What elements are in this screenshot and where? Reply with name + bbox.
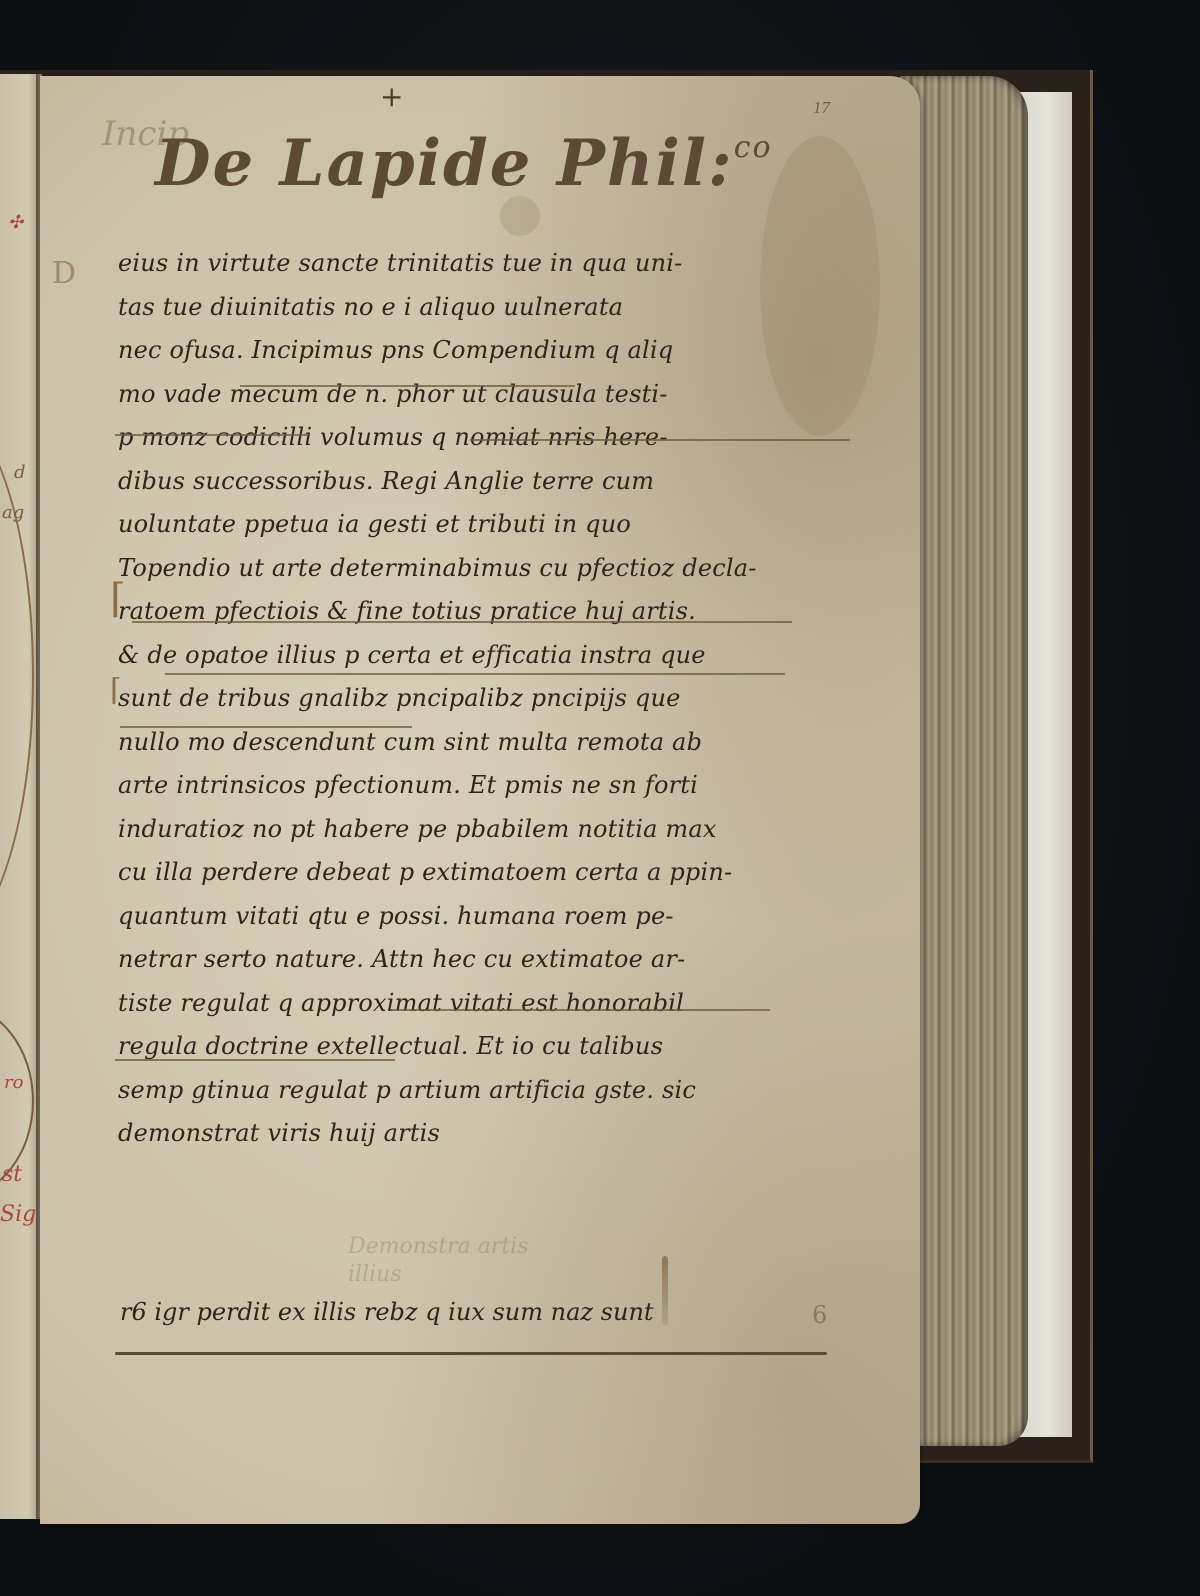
text-line: nec ofusa. Incipimus pns Compendium q al… (118, 329, 838, 373)
underline-rule (390, 1009, 770, 1011)
paragraph-mark: ⌈ (110, 576, 126, 622)
title-text: De Lapide Phil: (155, 126, 734, 201)
text-line: eius in virtute sancte trinitatis tue in… (118, 242, 838, 286)
guide-letter: D (52, 256, 76, 291)
text-line: regula doctrine extellectual. Et io cu t… (118, 1025, 838, 1069)
stain (500, 196, 540, 236)
title-superscript: co (734, 130, 773, 165)
rubric-fragment: Sig (0, 1204, 36, 1226)
manuscript-page: + Incip 17 D De Lapide Phil:co eius in v… (40, 76, 920, 1524)
text-line: demonstrat viris huij artis (118, 1112, 838, 1156)
text-line: quantum vitati qtu e possi. humana roem … (118, 895, 838, 939)
paragraph-mark: ⌈ (110, 673, 122, 708)
ghost-line: illius (348, 1261, 529, 1289)
text-line: induratioz no pt habere pe pbabilem noti… (118, 808, 838, 852)
text-line: uoluntate ppetua ia gesti et tributi in … (118, 503, 838, 547)
text-line: tas tue diuinitatis no e i aliquo uulner… (118, 286, 838, 330)
circular-diagram (0, 404, 34, 948)
text-line: dibus successoribus. Regi Anglie terre c… (118, 460, 838, 504)
underline-rule (165, 673, 785, 675)
text-line: tiste regulat q approximat vitati est ho… (118, 982, 838, 1026)
underline-rule (470, 439, 850, 441)
photo-stage: st Sig ro ✣ d ag + Incip 17 D De Lapide … (0, 0, 1200, 1596)
underline-rule (115, 1059, 395, 1061)
text-line: arte intrinsicos pfectionum. Et pmis ne … (118, 764, 838, 808)
text-line: Topendio ut arte determinabimus cu pfect… (118, 547, 838, 591)
text-line: p monz codicilli volumus q nomiat nris h… (118, 416, 838, 460)
ghost-line: Demonstra artis (348, 1233, 529, 1261)
text-line: mo vade mecum de n. phor ut clausula tes… (118, 373, 838, 417)
text-line: netrar serto nature. Attn hec cu extimat… (118, 938, 838, 982)
facing-page-verso: st Sig ro ✣ d ag (0, 74, 40, 1519)
bottom-rule (115, 1352, 827, 1355)
catchword-line: r6 igr perdit ex illis rebz q iux sum na… (120, 1298, 654, 1326)
ink-drip (662, 1256, 668, 1326)
underline-rule (132, 621, 792, 623)
text-line: cu illa perdere debeat p extimatoem cert… (118, 851, 838, 895)
rubric-fragment: ✣ (8, 214, 23, 232)
cross-mark: + (380, 80, 403, 113)
text-line: & de opatoe illius p certa et efficatia … (118, 634, 838, 678)
underline-rule (240, 385, 575, 387)
diagram-label: d (14, 464, 26, 482)
diagram-label: ag (2, 504, 24, 522)
main-text-block: eius in virtute sancte trinitatis tue in… (118, 242, 838, 1156)
folio-number: 17 (813, 98, 830, 118)
catchword-mark: 6 (812, 1301, 827, 1329)
page-title: De Lapide Phil:co (155, 126, 773, 201)
text-line: sunt de tribus gnalibz pncipalibz pncipi… (118, 677, 838, 721)
text-line: semp gtinua regulat p artium artificia g… (118, 1069, 838, 1113)
show-through-text: Demonstra artis illius (348, 1233, 529, 1289)
rubric-fragment: st (2, 1164, 22, 1186)
text-line: ratoem pfectiois & fine totius pratice h… (118, 590, 838, 634)
underline-rule (120, 726, 412, 728)
underline-rule (115, 434, 310, 436)
rubric-fragment: ro (4, 1074, 23, 1092)
